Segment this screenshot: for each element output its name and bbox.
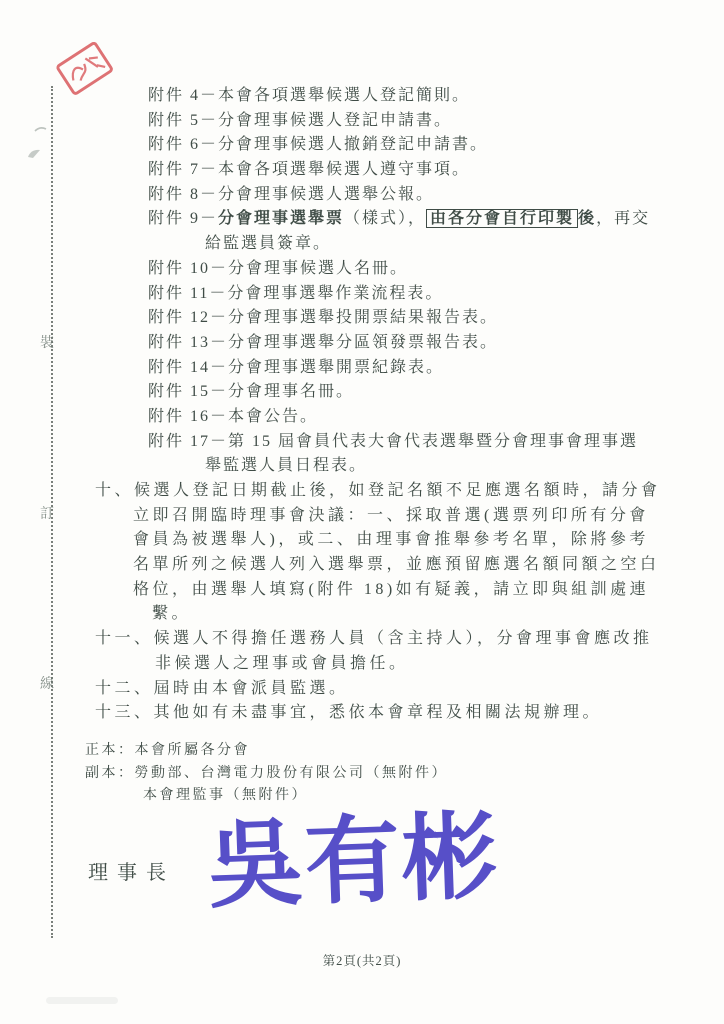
attachment-9-mid: （樣式）， [344,210,426,227]
attachment-item-7: 附件 7－本會各項選舉候選人遵守事項。 [148,158,724,183]
attachment-9-title: 分會理事選舉票 [218,210,344,227]
document-body: 附件 4－本會各項選舉候選人登記簡則。 附件 5－分會理事候選人登記申請書。 附… [0,84,724,726]
clause-10-line-1: 十、候選人登記日期截止後，如登記名額不足應選名額時，請分會 [95,479,724,504]
attachment-item-5: 附件 5－分會理事候選人登記申請書。 [148,109,724,134]
attachment-9-after-box: 後 [578,210,596,227]
scan-smudge [46,997,118,1004]
attachment-item-11: 附件 11－分會理事選舉作業流程表。 [148,282,724,307]
clause-11-line-1: 十一、候選人不得擔任選務人員（含主持人），分會理事會應改推 [95,627,724,652]
attachment-item-4: 附件 4－本會各項選舉候選人登記簡則。 [148,84,724,109]
attachment-item-14: 附件 14－分會理事選舉開票紀錄表。 [148,356,724,381]
clause-10-line-4: 名單所列之候選人列入選舉票，並應預留應選名額同額之空白 [133,553,724,578]
attachment-item-10: 附件 10－分會理事候選人名冊。 [148,257,724,282]
attachment-item-16: 附件 16－本會公告。 [148,405,724,430]
attachment-item-15: 附件 15－分會理事名冊。 [148,380,724,405]
clause-12: 十二、屆時由本會派員監選。 [95,677,724,702]
attachment-item-17: 附件 17－第 15 屆會員代表大會代表選舉暨分會理事會理事選 [148,430,724,455]
attachment-9-boxed-text: 由各分會自行印製 [426,209,578,228]
clause-10-line-5: 格位，由選舉人填寫(附件 18)如有疑義，請立即與組訓處連 [133,578,724,603]
copies-cc: 副本：勞動部、台灣電力股份有限公司（無附件） [85,763,448,786]
clause-11-line-2: 非候選人之理事或會員擔任。 [155,652,724,677]
clause-10-line-3: 會員為被選舉人)，或二、由理事會推舉參考名單，除將參考 [133,528,724,553]
clause-13: 十三、其他如有未盡事宜，悉依本會章程及相關法規辦理。 [95,701,724,726]
attachment-9-prefix: 附件 9－ [148,210,218,227]
attachment-9-tail: ，再交 [596,210,650,227]
document-page: 裝 訂 線 附件 4－本會各項選舉候選人登記簡則。 附件 5－分會理事候選人登記… [0,0,724,1024]
chairman-title: 理事長 [88,856,175,885]
page-number-footer: 第2頁(共2頁) [0,951,724,969]
attachment-item-8: 附件 8－分會理事候選人選舉公報。 [148,183,724,208]
clause-10-line-2: 立即召開臨時理事會決議：一、採取普選(選票列印所有分會 [133,504,724,529]
attachment-item-17-continuation: 舉監選人員日程表。 [205,454,724,479]
copies-original: 正本：本會所屬各分會 [85,740,448,763]
attachment-item-13: 附件 13－分會理事選舉分區領發票報告表。 [148,331,724,356]
clause-10-line-6: 繫。 [152,602,724,627]
attachment-item-6: 附件 6－分會理事候選人撤銷登記申請書。 [148,133,724,158]
chairman-signature: 吳有彬 [206,790,541,941]
attachment-item-9-continuation: 給監選員簽章。 [205,232,724,257]
attachment-item-12: 附件 12－分會理事選舉投開票結果報告表。 [148,306,724,331]
attachment-item-9: 附件 9－分會理事選舉票（樣式），由各分會自行印製後，再交 [148,207,724,232]
